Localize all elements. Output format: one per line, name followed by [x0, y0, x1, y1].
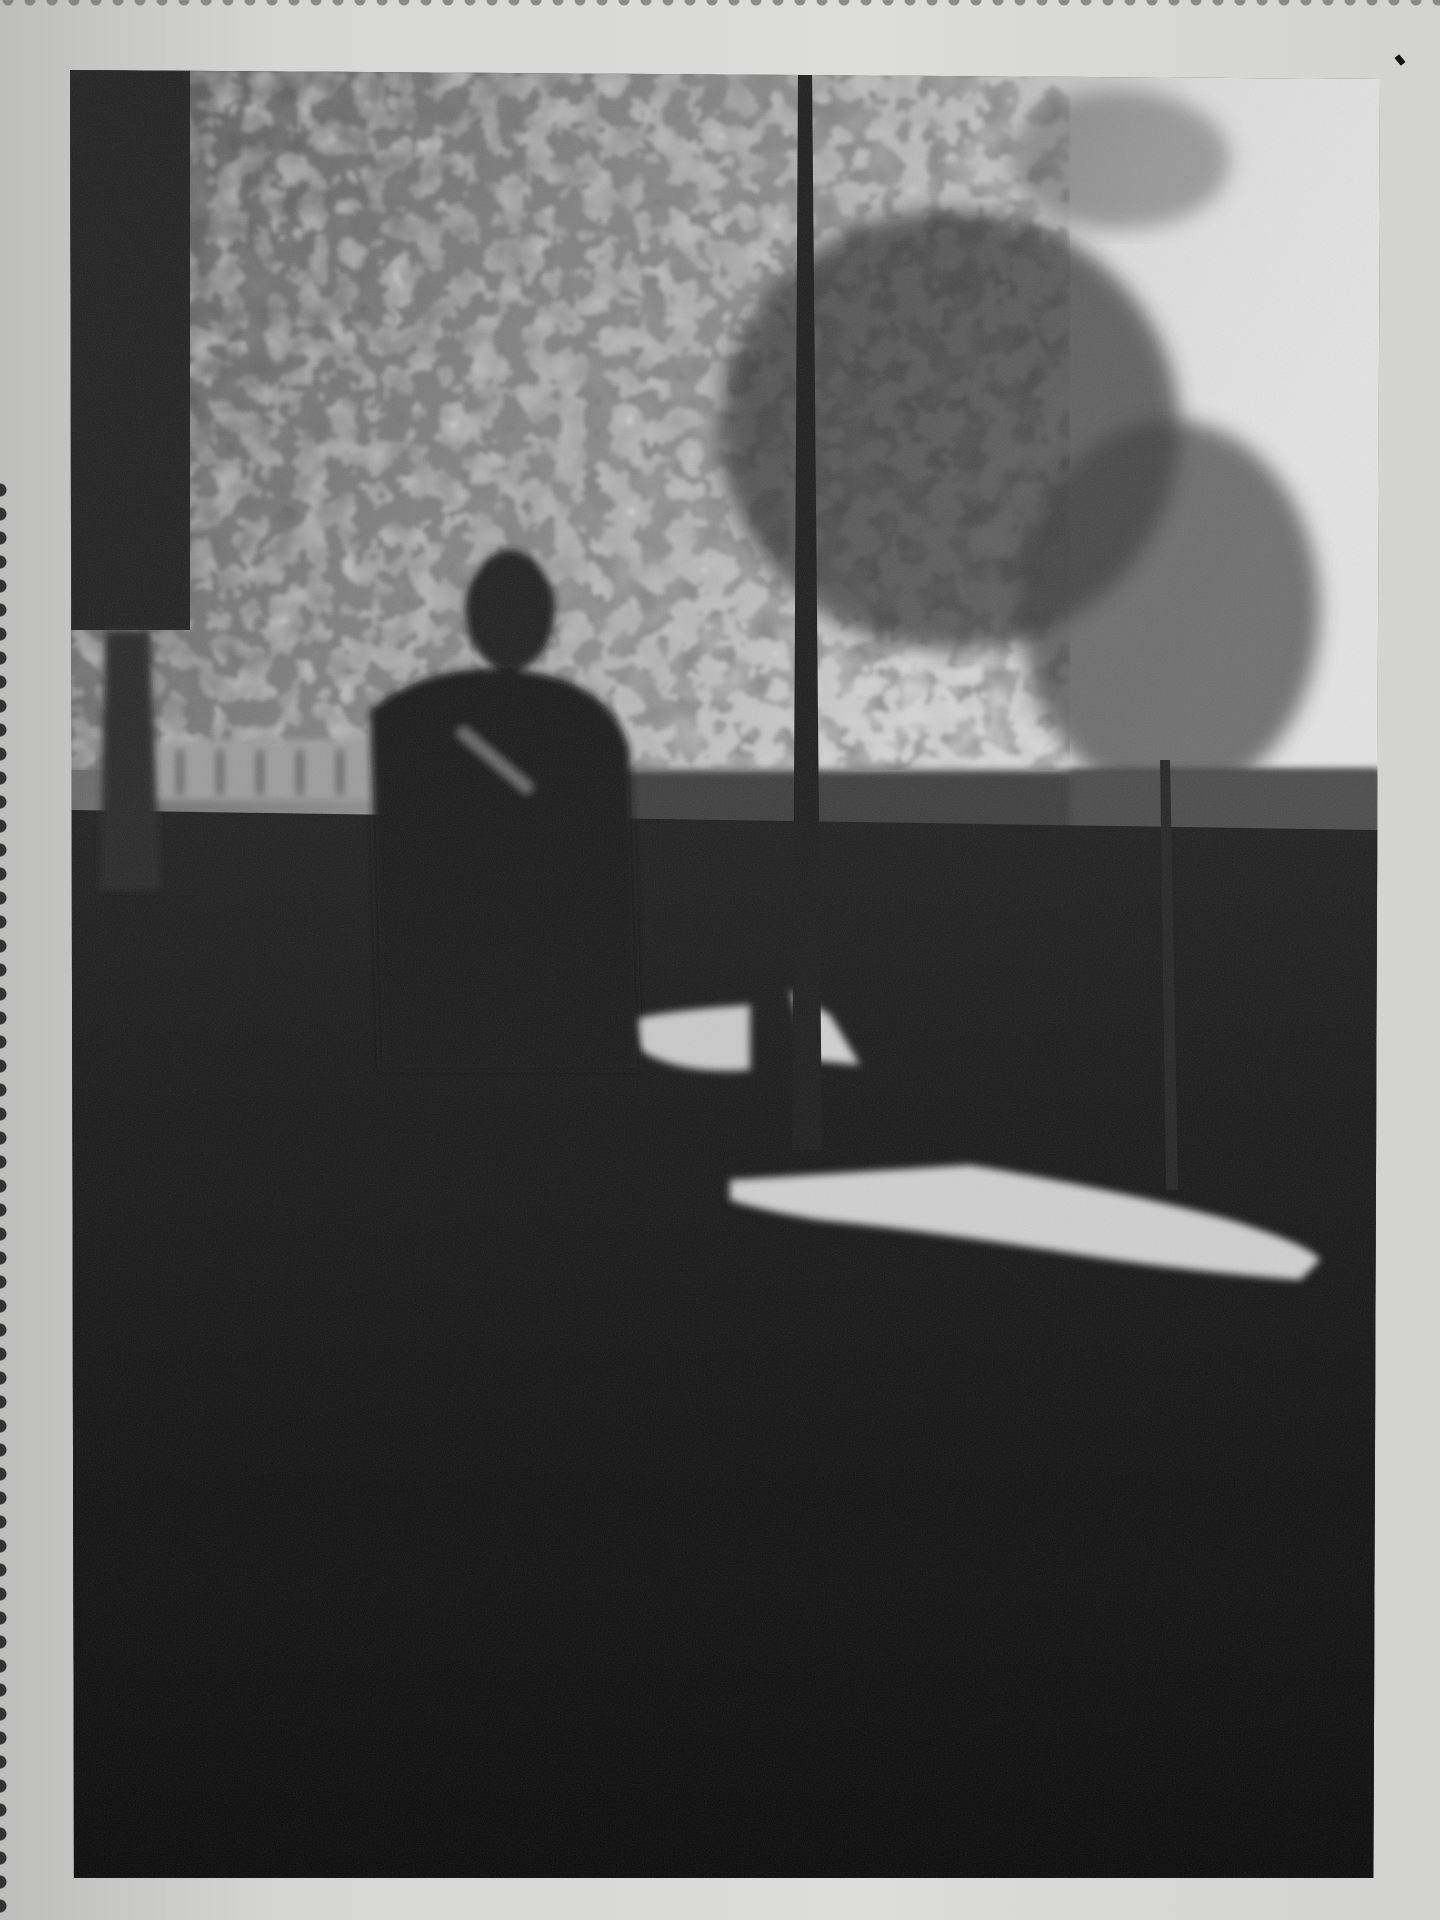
vintage-photograph: [70, 70, 1380, 1878]
scalloped-edge-top: [0, 0, 1440, 14]
scalloped-edge-left: [0, 480, 14, 1920]
